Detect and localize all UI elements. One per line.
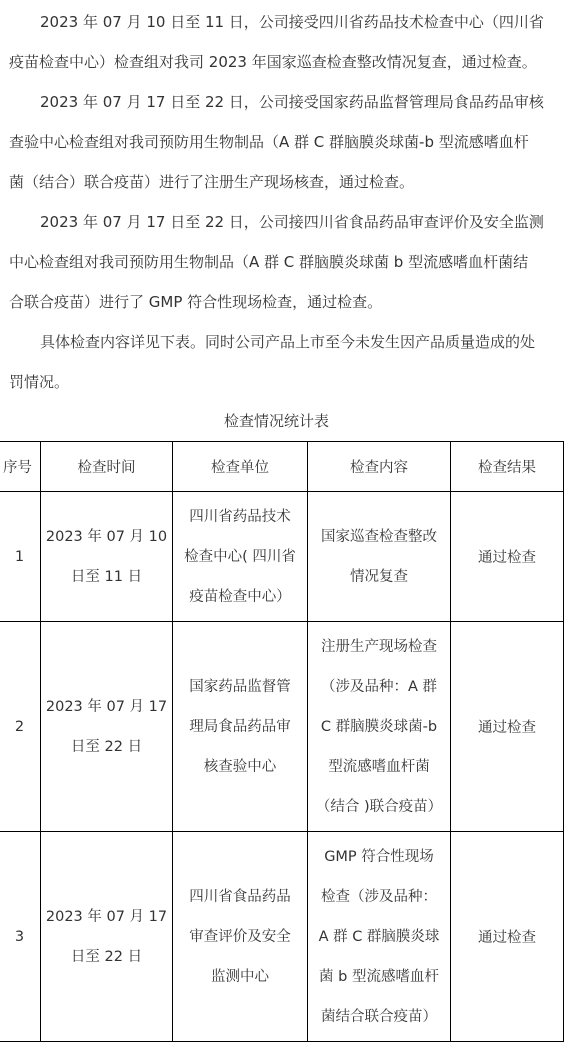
header-content: 检查内容: [308, 442, 451, 492]
paragraph-line: 查验中心检查组对我司预防用生物制品（A 群 C 群脑膜炎球菌-b 型流感嗜血杆: [9, 122, 549, 162]
cell-content: 注册生产现场检查 （涉及品种：A 群 C 群脑膜炎球菌-b 型流感嗜血杆菌 （结…: [308, 622, 451, 832]
cell-time: 2023 年 07 月 17 日至 22 日: [41, 832, 173, 1042]
header-unit: 检查单位: [173, 442, 308, 492]
paragraph-line: 2023 年 07 月 17 日至 22 日，公司接受国家药品监督管理局食品药品…: [9, 82, 549, 122]
cell-unit: 四川省食品药品 审查评价及安全 监测中心: [173, 832, 308, 1042]
cell-unit: 国家药品监督管 理局食品药品审 核查验中心: [173, 622, 308, 832]
header-time: 检查时间: [41, 442, 173, 492]
cell-time: 2023 年 07 月 10 日至 11 日: [41, 492, 173, 622]
cell-seq: 2: [0, 622, 41, 832]
paragraph-line: 罚情况。: [9, 362, 549, 402]
inspection-table: 序号 检查时间 检查单位 检查内容 检查结果 1 2023 年 07 月 10 …: [0, 441, 564, 1042]
paragraph-2: 2023 年 07 月 17 日至 22 日，公司接受国家药品监督管理局食品药品…: [9, 82, 549, 202]
cell-result: 通过检查: [451, 622, 564, 832]
table-row: 3 2023 年 07 月 17 日至 22 日 四川省食品药品 审查评价及安全…: [0, 832, 564, 1042]
paragraph-1: 2023 年 07 月 10 日至 11 日，公司接受四川省药品技术检查中心（四…: [9, 2, 549, 82]
paragraph-line: 菌（结合）联合疫苗）进行了注册生产现场核查，通过检查。: [9, 162, 549, 202]
paragraph-4: 具体检查内容详见下表。同时公司产品上市至今未发生因产品质量造成的处 罚情况。: [9, 322, 549, 402]
cell-content: 国家巡查检查整改 情况复查: [308, 492, 451, 622]
paragraph-line: 2023 年 07 月 17 日至 22 日，公司接四川省食品药品审查评价及安全…: [9, 202, 549, 242]
paragraph-line: 中心检查组对我司预防用生物制品（A 群 C 群脑膜炎球菌 b 型流感嗜血杆菌结: [9, 242, 549, 282]
paragraph-line: 具体检查内容详见下表。同时公司产品上市至今未发生因产品质量造成的处: [9, 322, 549, 362]
paragraph-line: 疫苗检查中心）检查组对我司 2023 年国家巡查检查整改情况复查，通过检查。: [9, 42, 549, 82]
cell-time: 2023 年 07 月 17 日至 22 日: [41, 622, 173, 832]
cell-seq: 1: [0, 492, 41, 622]
header-result: 检查结果: [451, 442, 564, 492]
paragraph-line: 合联合疫苗）进行了 GMP 符合性现场检查，通过检查。: [9, 282, 549, 322]
table-title: 检查情况统计表: [0, 407, 553, 435]
header-seq: 序号: [0, 442, 41, 492]
paragraph-line: 2023 年 07 月 10 日至 11 日，公司接受四川省药品技术检查中心（四…: [9, 2, 549, 42]
table-row: 2 2023 年 07 月 17 日至 22 日 国家药品监督管 理局食品药品审…: [0, 622, 564, 832]
table-row: 1 2023 年 07 月 10 日至 11 日 四川省药品技术 检查中心( 四…: [0, 492, 564, 622]
table-header-row: 序号 检查时间 检查单位 检查内容 检查结果: [0, 442, 564, 492]
paragraph-3: 2023 年 07 月 17 日至 22 日，公司接四川省食品药品审查评价及安全…: [9, 202, 549, 322]
cell-result: 通过检查: [451, 832, 564, 1042]
cell-seq: 3: [0, 832, 41, 1042]
cell-unit: 四川省药品技术 检查中心( 四川省 疫苗检查中心）: [173, 492, 308, 622]
cell-content: GMP 符合性现场 检查（涉及品种： A 群 C 群脑膜炎球 菌 b 型流感嗜血…: [308, 832, 451, 1042]
cell-result: 通过检查: [451, 492, 564, 622]
